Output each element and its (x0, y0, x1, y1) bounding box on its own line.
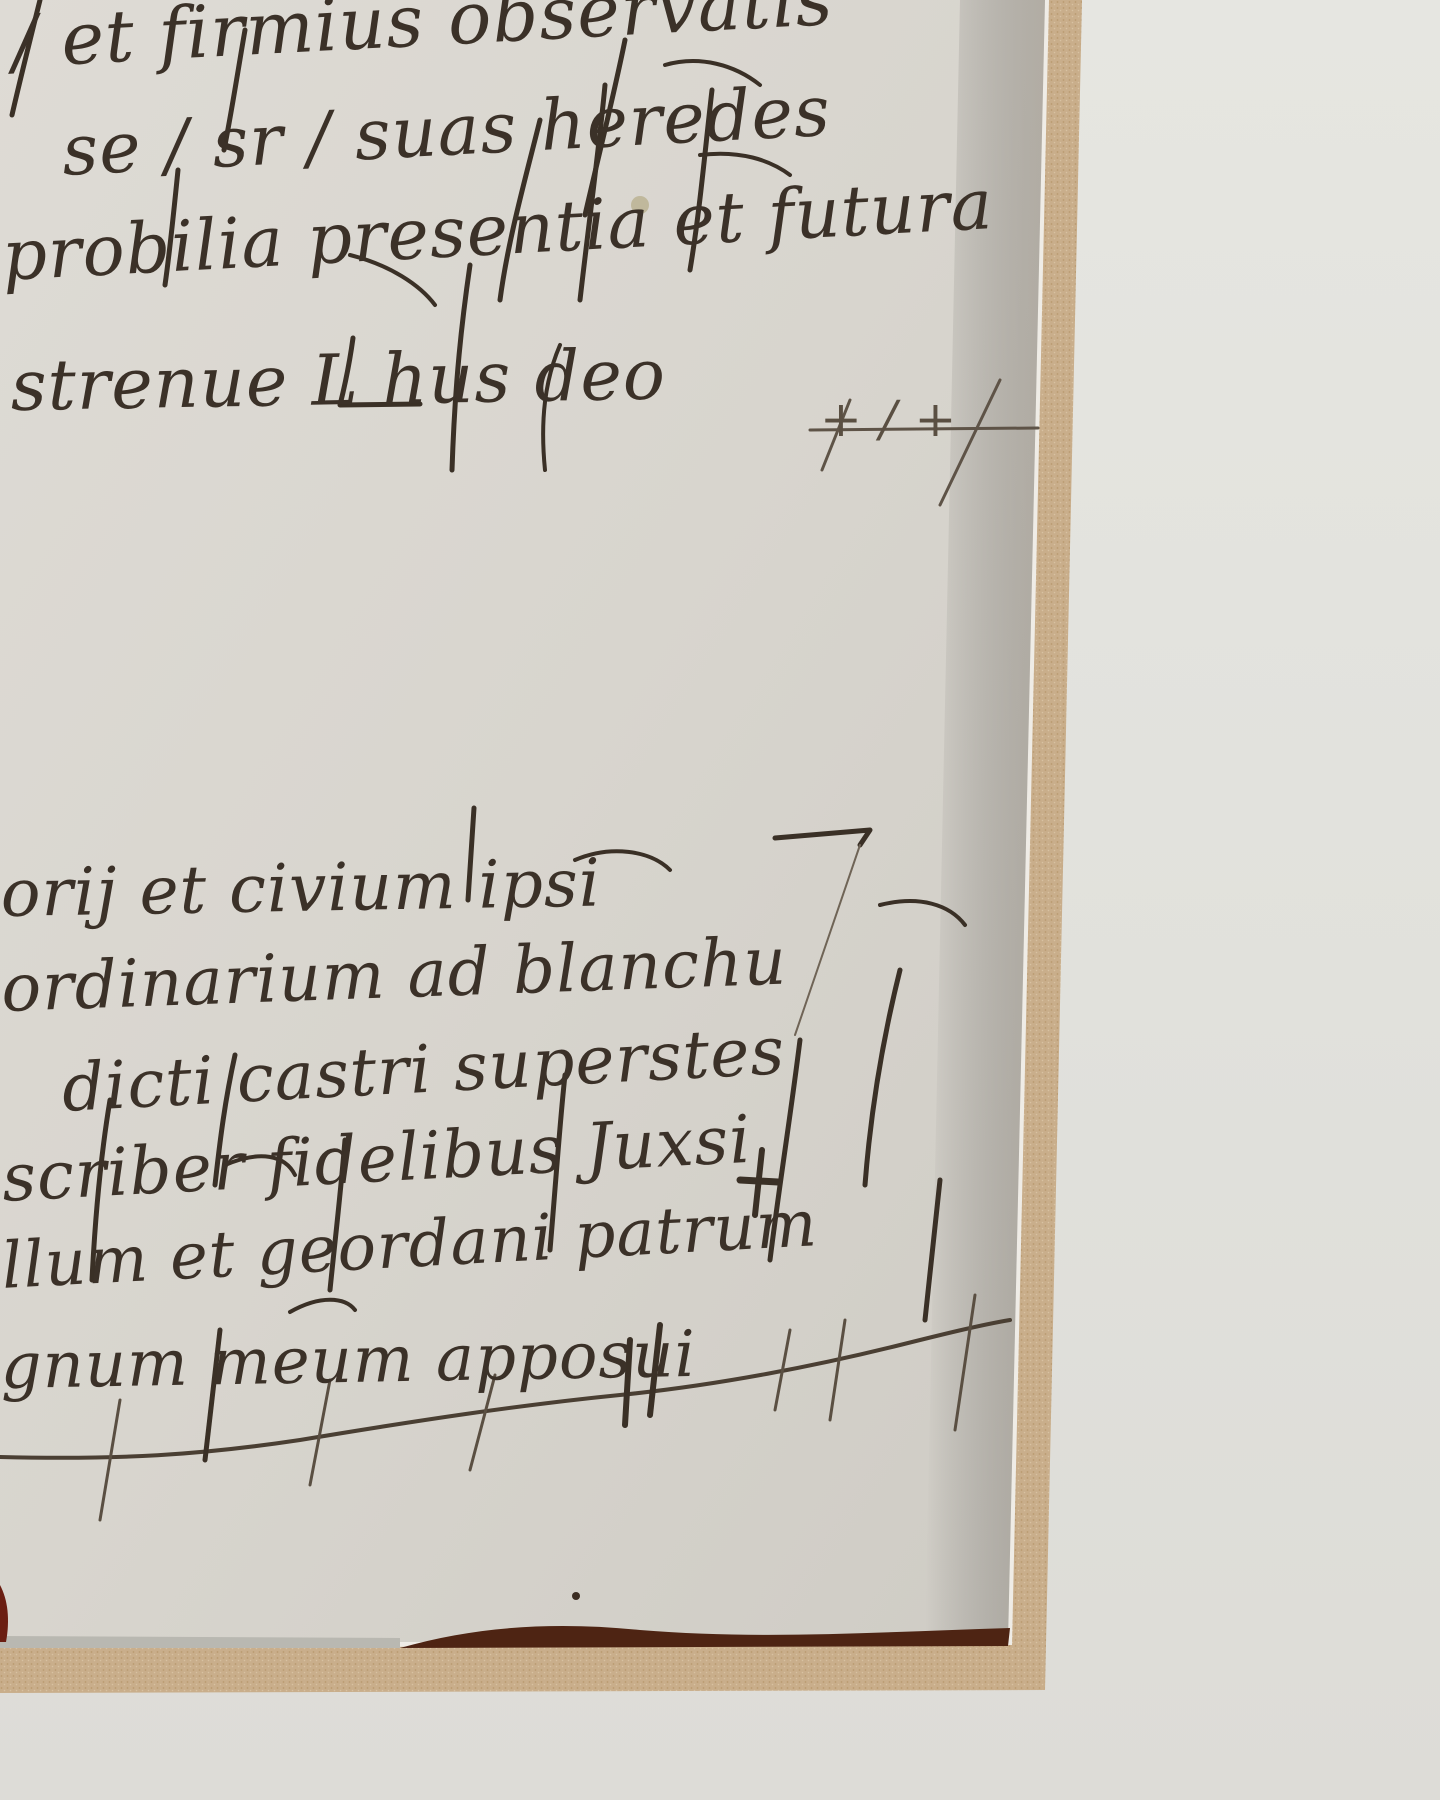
line-4-flourish: + / + (820, 390, 957, 448)
manuscript-line-10: gnum meum apposui (0, 1318, 697, 1404)
photo-stage: / et firmius observatis se / sr / suas h… (0, 0, 1440, 1800)
manuscript-line-4: strenue L hus deo (10, 334, 667, 427)
manuscript-line-5: orij et civium ipsi (0, 845, 602, 932)
